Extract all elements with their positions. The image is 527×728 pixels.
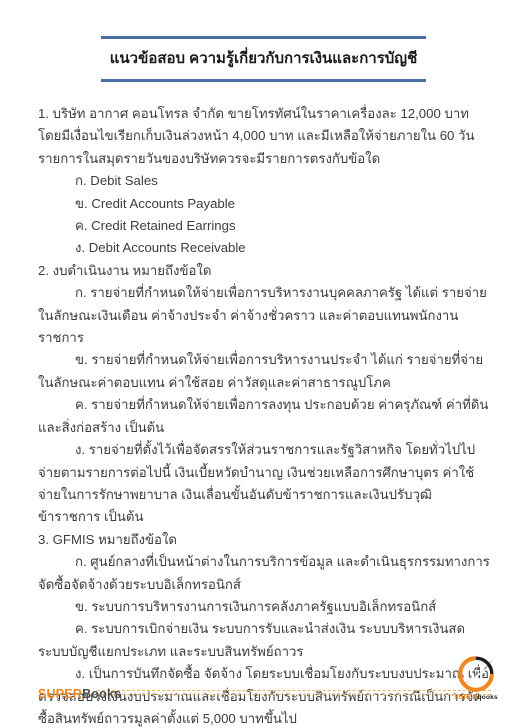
brand-books-text: Books <box>82 687 121 701</box>
brand-super-text: SUPER <box>38 687 82 701</box>
question-2-option-c: ค. รายจ่ายที่กำหนดให้จ่ายเพื่อการลงทุน ป… <box>38 394 491 439</box>
logo-wordmark: SUPERbooks <box>452 694 500 702</box>
question-3-option-a: ก. ศูนย์กลางที่เป็นหน้าต่างในการบริการข้… <box>38 551 491 596</box>
question-1: 1. บริษัท อากาศ คอนโทรล จำกัด ขายโทรทัศน… <box>38 103 491 260</box>
question-1-option-b: ข. Credit Accounts Payable <box>38 193 491 215</box>
question-1-option-a: ก. Debit Sales <box>38 170 491 192</box>
document-page: แนวข้อสอบ ความรู้เกี่ยวกับการเงินและการบ… <box>0 0 527 728</box>
question-1-option-c: ค. Credit Retained Earrings <box>38 215 491 237</box>
footer-divider <box>97 690 491 695</box>
logo-books-text: books <box>478 694 498 701</box>
question-3-stem: 3. GFMIS หมายถึงข้อใด <box>38 529 491 551</box>
page-title: แนวข้อสอบ ความรู้เกี่ยวกับการเงินและการบ… <box>54 39 474 79</box>
question-2-option-a: ก. รายจ่ายที่กำหนดให้จ่ายเพื่อการบริหารง… <box>38 282 491 349</box>
question-1-option-d: ง. Debit Accounts Receivable <box>38 237 491 259</box>
question-2: 2. งบดำเนินงาน หมายถึงข้อใด ก. รายจ่ายที… <box>38 260 491 529</box>
superbooks-logo: SUPERbooks <box>452 654 500 702</box>
question-1-stem: 1. บริษัท อากาศ คอนโทรล จำกัด ขายโทรทัศน… <box>38 103 491 170</box>
question-2-stem: 2. งบดำเนินงาน หมายถึงข้อใด <box>38 260 491 282</box>
superbooks-logo-icon <box>456 654 496 694</box>
question-3-option-b: ข. ระบบการบริหารงานการเงินการคลังภาครัฐแ… <box>38 596 491 618</box>
document-header: แนวข้อสอบ ความรู้เกี่ยวกับการเงินและการบ… <box>0 0 527 82</box>
question-2-option-b: ข. รายจ่ายที่กำหนดให้จ่ายเพื่อการบริหารง… <box>38 349 491 394</box>
question-2-option-d: ง. รายจ่ายที่ตั้งไว้เพื่อจัดสรรให้ส่วนรา… <box>38 439 491 529</box>
logo-super-text: SUPER <box>454 694 477 701</box>
page-footer: SUPERBooks SUPERbooks <box>0 648 527 728</box>
brand-wordmark: SUPERBooks <box>38 687 121 701</box>
document-body: 1. บริษัท อากาศ คอนโทรล จำกัด ขายโทรทัศน… <box>38 82 491 728</box>
